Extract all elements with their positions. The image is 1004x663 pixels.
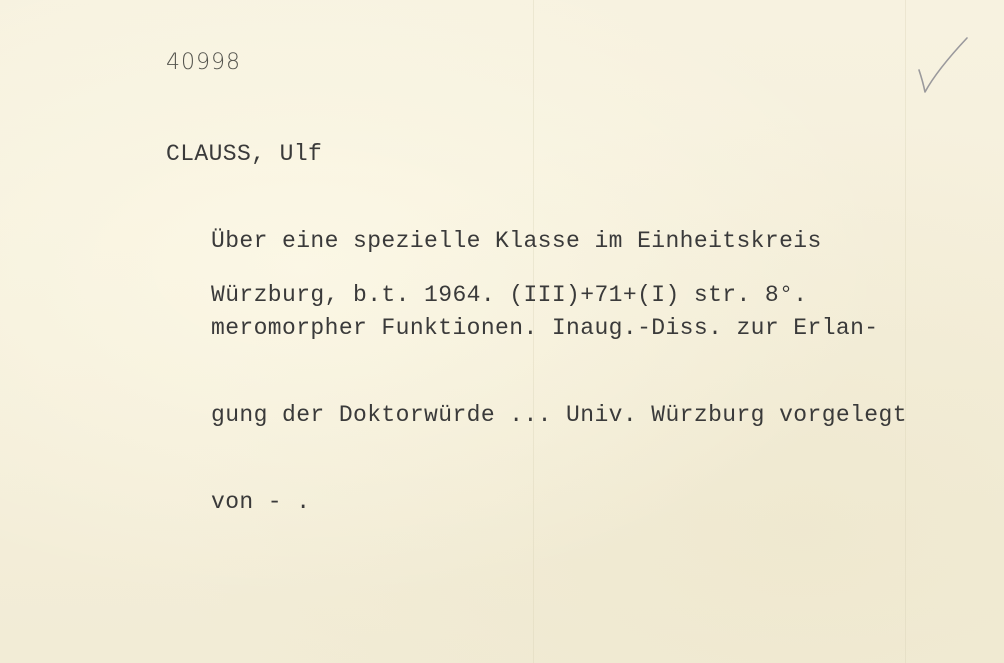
accession-number: 40998 [166, 50, 241, 75]
title-block: Über eine spezielle Klasse im Einheitskr… [211, 169, 907, 575]
imprint-line: Würzburg, b.t. 1964. (III)+71+(I) str. 8… [211, 281, 808, 310]
title-line: von - . [211, 488, 907, 517]
checkmark-icon [915, 30, 975, 100]
title-line: Über eine spezielle Klasse im Einheitskr… [211, 227, 907, 256]
author-heading: CLAUSS, Ulf [166, 140, 322, 169]
title-line: meromorpher Funktionen. Inaug.-Diss. zur… [211, 314, 907, 343]
catalog-card: 40998 CLAUSS, Ulf Über eine spezielle Kl… [0, 0, 1004, 663]
title-line: gung der Doktorwürde ... Univ. Würzburg … [211, 401, 907, 430]
